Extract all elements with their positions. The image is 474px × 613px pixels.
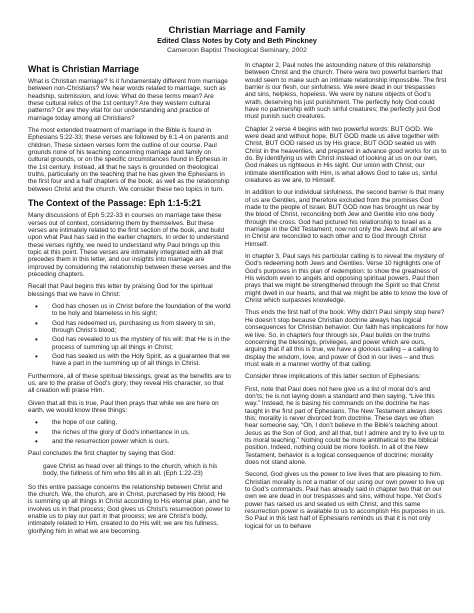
paragraph: The most extended treatment of marriage … (28, 127, 231, 193)
right-column: In chapter 2, Paul notes the astounding … (245, 62, 448, 535)
block-quote: gave Christ as head over all things to t… (28, 463, 231, 478)
bullet-item: God has chosen us in Christ before the f… (52, 303, 231, 318)
paragraph: Consider three implications of this latt… (245, 373, 448, 380)
bullet-item: God has redeemed us, purchasing us from … (52, 320, 231, 335)
bullet-item: God has revealed to us the mystery of hi… (52, 336, 231, 351)
section-heading: What is Christian Marriage (28, 64, 231, 74)
paragraph: In addition to our individual sinfulness… (245, 189, 448, 248)
document-header: Christian Marriage and Family Edited Cla… (0, 0, 474, 55)
paragraph: First, note that Paul does not here give… (245, 386, 448, 467)
left-column: What is Christian MarriageWhat is Christ… (28, 62, 231, 540)
paragraph: In chapter 2, Paul notes the astounding … (245, 62, 448, 121)
bullet-item: and the resurrection power which is ours… (52, 438, 231, 445)
bullet-item: the hope of our calling, (52, 419, 231, 426)
paragraph: In chapter 3, Paul says his particular c… (245, 253, 448, 304)
document-institution: Cameroon Baptist Theological Seminary, 2… (0, 47, 474, 55)
paragraph: Recall that Paul begins this letter by p… (28, 283, 231, 298)
bullet-item: God has sealed us with the Holy Spirit, … (52, 353, 231, 368)
document-page: Christian Marriage and Family Edited Cla… (0, 0, 474, 613)
document-title: Christian Marriage and Family (0, 25, 474, 36)
paragraph: Many discussions of Eph 5:22-33 in cours… (28, 212, 231, 278)
paragraph: Second, God gives us the power to live l… (245, 471, 448, 530)
paragraph: So this entire passage concerns the rela… (28, 484, 231, 535)
bullet-list: God has chosen us in Christ before the f… (28, 303, 231, 368)
paragraph: Given that all this is true, Paul then p… (28, 400, 231, 415)
bullet-item: the riches of the glory of God’s inherit… (52, 429, 231, 436)
bullet-list: the hope of our calling,the riches of th… (28, 419, 231, 445)
document-subtitle: Edited Class Notes by Coty and Beth Pinc… (0, 37, 474, 46)
section-heading: The Context of the Passage: Eph 1:1-5:21 (28, 198, 231, 208)
paragraph: Paul concludes the first chapter by sayi… (28, 450, 231, 457)
two-column-layout: What is Christian MarriageWhat is Christ… (0, 55, 474, 540)
paragraph: Thus ends the first half of the book. Wh… (245, 309, 448, 368)
paragraph: Furthermore, all of these spiritual bles… (28, 373, 231, 395)
paragraph: What is Christian marriage? Is it fundam… (28, 78, 231, 122)
paragraph: Chapter 2 verse 4 begins with two powerf… (245, 126, 448, 185)
